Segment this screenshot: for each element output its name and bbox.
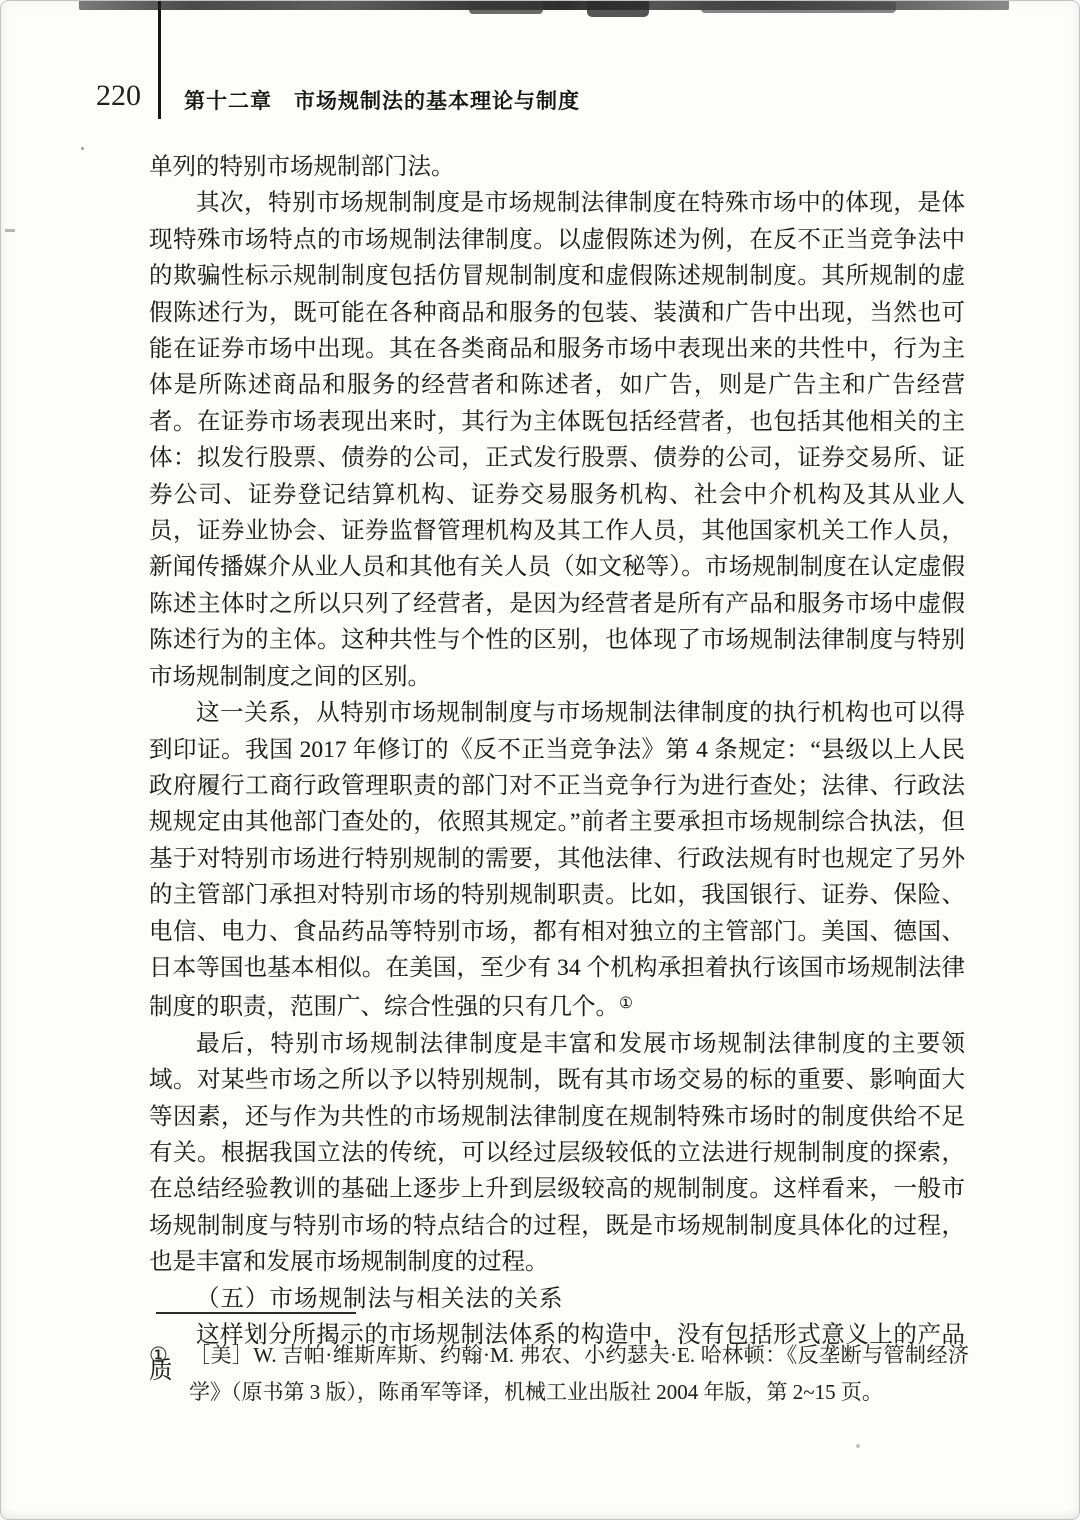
scan-smudge	[587, 1, 649, 17]
paragraph-text: 这一关系，从特别市场规制制度与市场规制法律制度的执行机构也可以得到印证。我国 2…	[149, 700, 965, 1020]
scan-speck	[81, 147, 84, 150]
page-number: 220	[89, 79, 141, 113]
footnote: ① ［美］W. 吉帕·维斯库斯、约翰·M. 弗农、小约瑟夫·E. 哈林顿：《反垄…	[149, 1337, 969, 1411]
paragraph-continuation: 单列的特别市场规制部门法。	[149, 149, 965, 185]
paragraph: 最后，特别市场规制法律制度是丰富和发展市场规制法律制度的主要领域。对某些市场之所…	[149, 1026, 965, 1281]
body-text-block: 单列的特别市场规制部门法。 其次，特别市场规制制度是市场规制法律制度在特殊市场中…	[149, 149, 965, 1390]
footnote-text: ［美］W. 吉帕·维斯库斯、约翰·M. 弗农、小约瑟夫·E. 哈林顿：《反垄断与…	[189, 1337, 969, 1411]
book-page: 220 第十二章 市场规制法的基本理论与制度 单列的特别市场规制部门法。 其次，…	[0, 0, 1080, 1520]
footnote-marker: ①	[149, 1337, 177, 1411]
scan-smudge	[701, 2, 896, 13]
footnote-divider-line	[156, 1312, 356, 1314]
paragraph: 这一关系，从特别市场规制制度与市场规制法律制度的执行机构也可以得到印证。我国 2…	[149, 695, 965, 1026]
scan-speck	[5, 229, 15, 232]
chapter-header-title: 第十二章 市场规制法的基本理论与制度	[184, 85, 580, 115]
paragraph: 其次，特别市场规制制度是市场规制法律制度在特殊市场中的体现，是体现特殊市场特点的…	[149, 185, 965, 695]
header-divider-line	[158, 1, 161, 119]
footnote-ref-marker: ①	[619, 995, 633, 1012]
scan-smudge	[469, 1, 543, 14]
scan-speck	[856, 1444, 860, 1448]
